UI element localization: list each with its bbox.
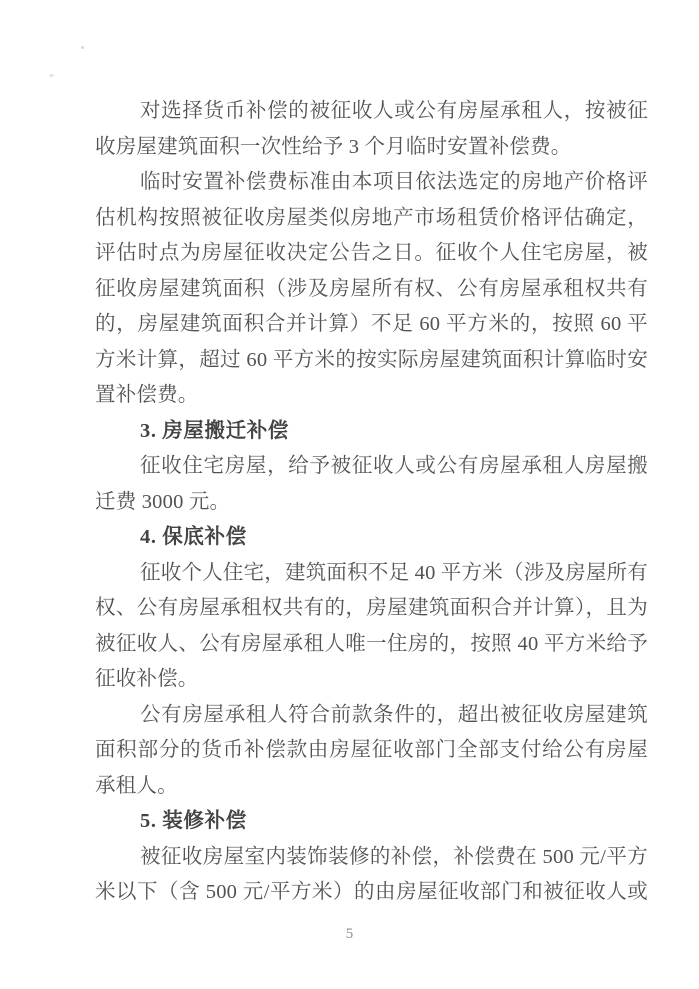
text-line: 评估时点为房屋征收决定公告之日。征收个人住宅房屋，被 bbox=[95, 236, 648, 272]
text-line: 承租人。 bbox=[95, 769, 648, 805]
document-page: 对选择货币补偿的被征收人或公有房屋承租人，按被征 收房屋建筑面积一次性给予 3 … bbox=[0, 0, 699, 989]
text-line: 征收房屋建筑面积（涉及房屋所有权、公有房屋承租权共有 bbox=[95, 272, 648, 308]
text-line: 征收住宅房屋，给予被征收人或公有房屋承租人房屋搬 bbox=[95, 449, 648, 485]
text-line: 的，房屋建筑面积合并计算）不足 60 平方米的，按照 60 平 bbox=[95, 307, 648, 343]
text-line: 征收个人住宅，建筑面积不足 40 平方米（涉及房屋所有 bbox=[95, 556, 648, 592]
text-line: 迁费 3000 元。 bbox=[95, 485, 648, 521]
text-line: 对选择货币补偿的被征收人或公有房屋承租人，按被征 bbox=[95, 94, 648, 130]
text-line: 估机构按照被征收房屋类似房地产市场租赁价格评估确定， bbox=[95, 201, 648, 237]
page-number: 5 bbox=[0, 921, 699, 947]
section-heading-minimum-guarantee-compensation: 4. 保底补偿 bbox=[95, 520, 648, 556]
text-line: 被征收房屋室内装饰装修的补偿，补偿费在 500 元/平方 bbox=[95, 840, 648, 876]
text-line: 临时安置补偿费标准由本项目依法选定的房地产价格评 bbox=[95, 165, 648, 201]
scan-artifact-speck bbox=[81, 46, 84, 49]
text-line: 被征收人、公有房屋承租人唯一住房的，按照 40 平方米给予 bbox=[95, 627, 648, 663]
text-line: 权、公有房屋承租权共有的，房屋建筑面积合并计算），且为 bbox=[95, 591, 648, 627]
document-body: 对选择货币补偿的被征收人或公有房屋承租人，按被征 收房屋建筑面积一次性给予 3 … bbox=[95, 94, 648, 911]
text-line: 收房屋建筑面积一次性给予 3 个月临时安置补偿费。 bbox=[95, 130, 648, 166]
text-line: 米以下（含 500 元/平方米）的由房屋征收部门和被征收人或 bbox=[95, 875, 648, 911]
scan-artifact-speck bbox=[49, 74, 54, 77]
text-line: 征收补偿。 bbox=[95, 662, 648, 698]
text-line: 面积部分的货币补偿款由房屋征收部门全部支付给公有房屋 bbox=[95, 733, 648, 769]
text-line: 公有房屋承租人符合前款条件的，超出被征收房屋建筑 bbox=[95, 698, 648, 734]
text-line: 置补偿费。 bbox=[95, 378, 648, 414]
text-line: 方米计算，超过 60 平方米的按实际房屋建筑面积计算临时安 bbox=[95, 343, 648, 379]
section-heading-renovation-compensation: 5. 装修补偿 bbox=[95, 804, 648, 840]
section-heading-relocation-compensation: 3. 房屋搬迁补偿 bbox=[95, 414, 648, 450]
